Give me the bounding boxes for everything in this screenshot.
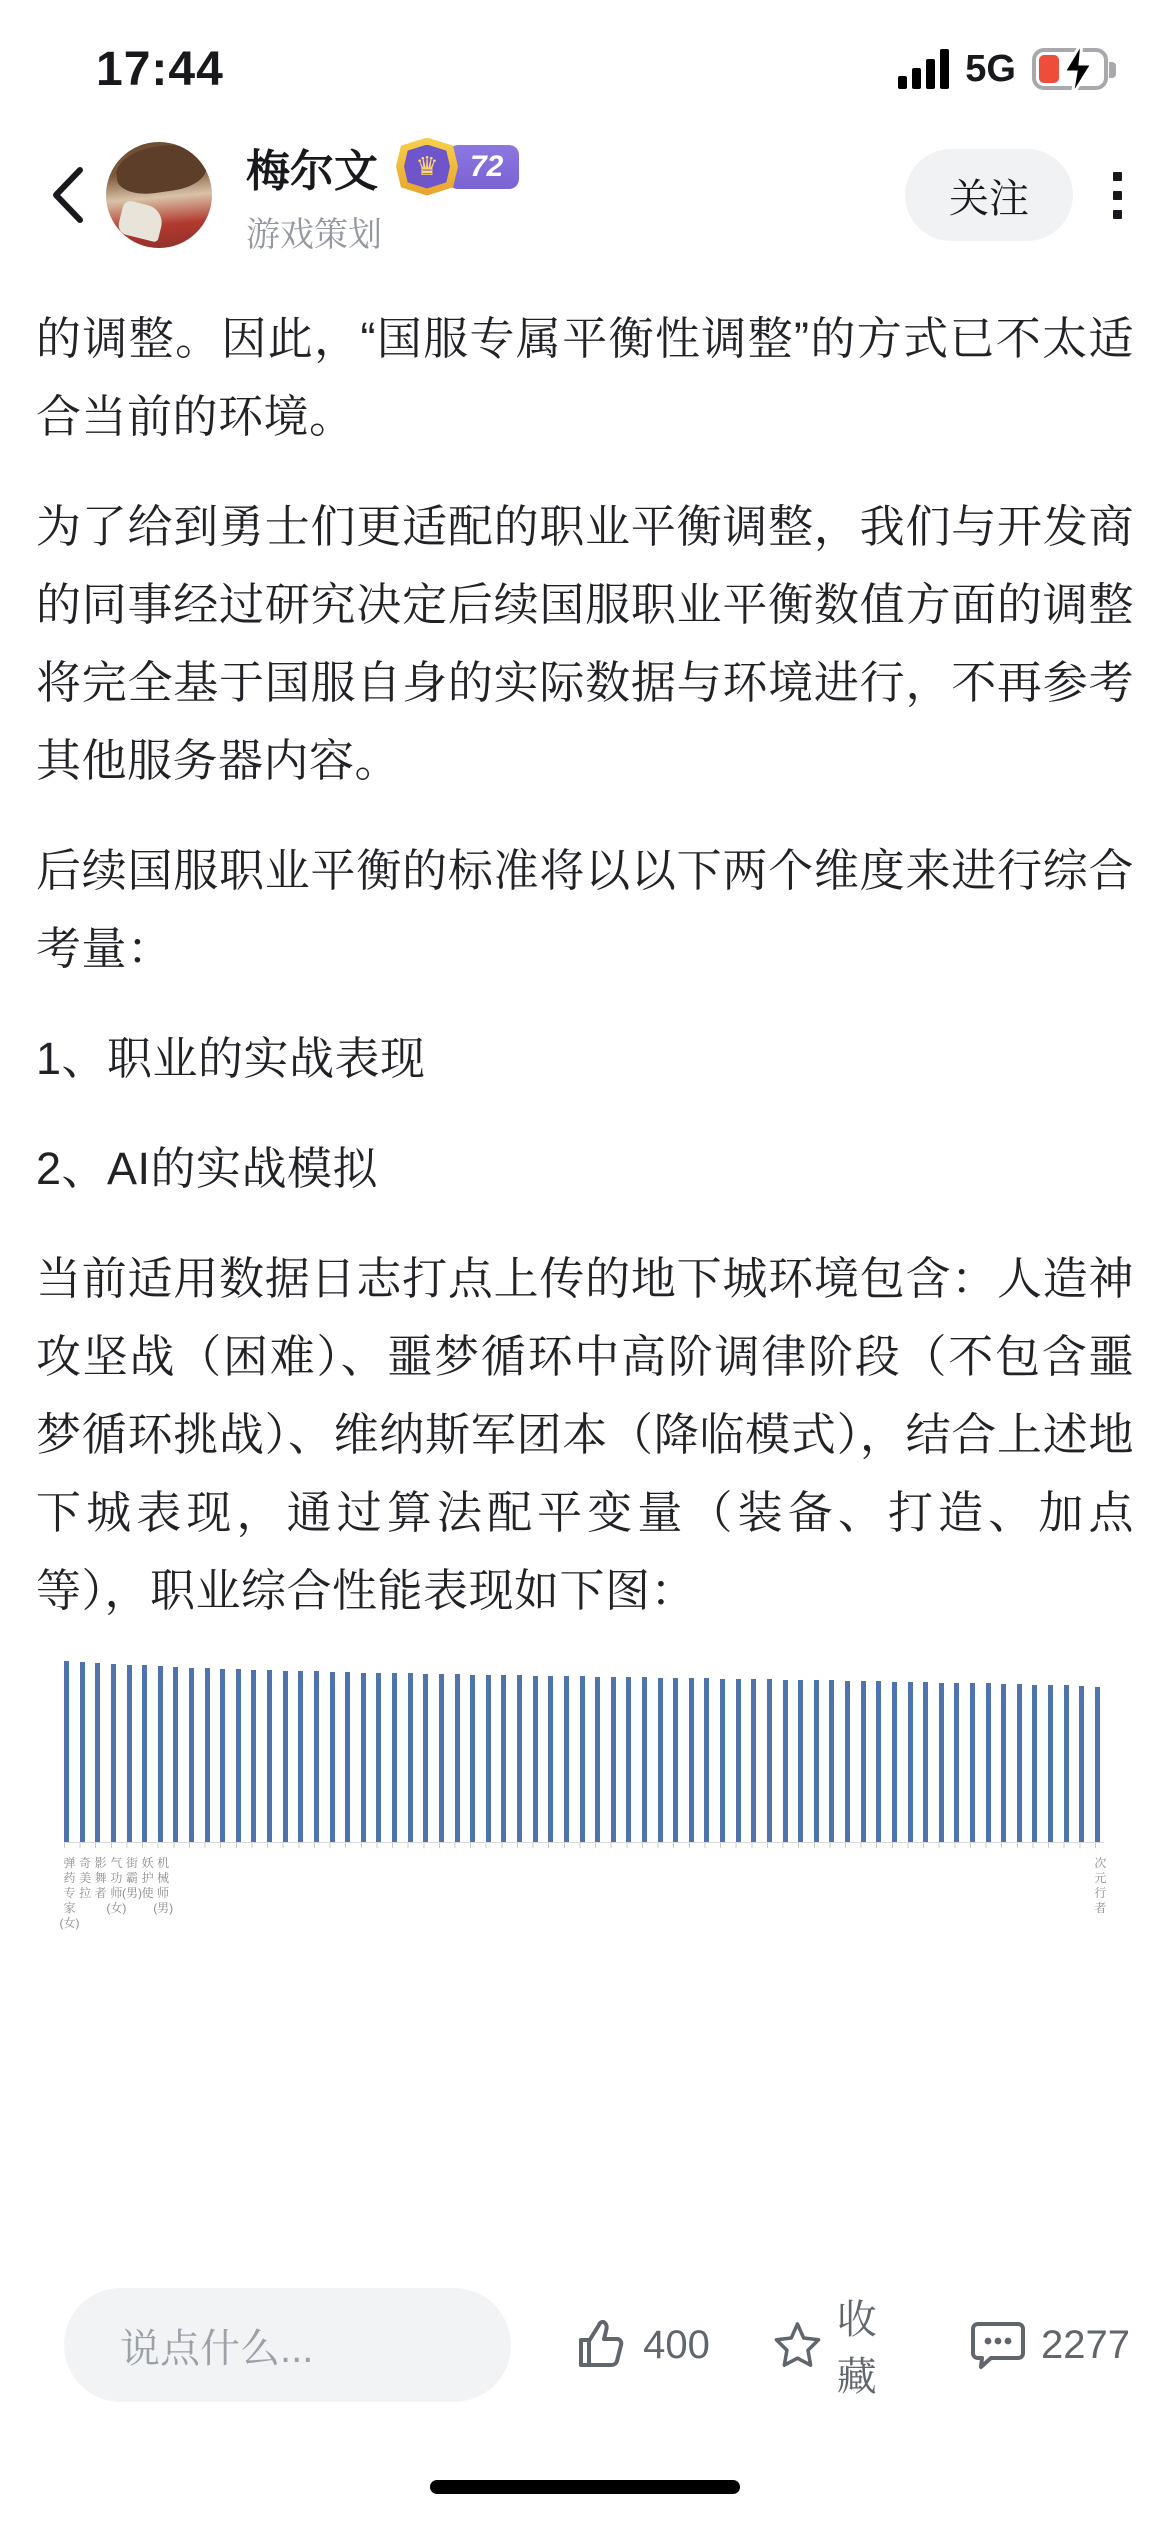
chart-bar <box>361 1673 366 1842</box>
chart-bar <box>283 1671 288 1842</box>
chart-bar <box>1032 1685 1037 1842</box>
post-paragraph: 2、AI的实战模拟 <box>36 1130 1134 1208</box>
x-axis-labels: 弹 药 专 家 (女)奇 美 拉影 舞 者气 功 师 (女)街 霸 (男)妖 护… <box>64 1856 1104 2006</box>
chart-bar <box>626 1677 631 1842</box>
comment-input[interactable]: 说点什么... <box>64 2288 511 2402</box>
chevron-left-icon <box>48 164 88 226</box>
chart-bar <box>611 1677 616 1842</box>
chart-bar <box>736 1679 741 1842</box>
chart-bar <box>330 1672 335 1842</box>
battery-charging-icon <box>1032 46 1122 92</box>
comment-button[interactable]: 2277 <box>969 2316 1130 2374</box>
post-paragraphs: 的调整。因此，“国服专属平衡性调整”的方式已不太适合当前的环境。为了给到勇士们更… <box>36 300 1134 1630</box>
chart-bar <box>439 1674 444 1842</box>
chart-bar <box>127 1665 132 1842</box>
post-paragraph: 为了给到勇士们更适配的职业平衡调整，我们与开发商的同事经过研究决定后续国服职业平… <box>36 488 1134 800</box>
more-options-button[interactable] <box>1107 166 1128 225</box>
chart-bar <box>1001 1684 1006 1842</box>
like-button[interactable]: 400 <box>573 2317 710 2373</box>
follow-button[interactable]: 关注 <box>905 149 1073 241</box>
chart-bar <box>376 1673 381 1842</box>
chart-bar <box>845 1681 850 1842</box>
chart-bar <box>80 1662 85 1842</box>
username[interactable]: 梅尔文 <box>246 135 378 199</box>
bottom-action-bar: 说点什么... 400 收藏 2277 <box>0 2270 1170 2420</box>
post-paragraph: 的调整。因此，“国服专属平衡性调整”的方式已不太适合当前的环境。 <box>36 300 1134 456</box>
chart-bar <box>220 1669 225 1842</box>
chart-bar <box>64 1661 69 1842</box>
speech-bubble-icon <box>969 2316 1027 2374</box>
chart-bar <box>455 1674 460 1842</box>
user-subtitle: 游戏策划 <box>246 207 519 256</box>
class-performance-chart: 弹 药 专 家 (女)奇 美 拉影 舞 者气 功 师 (女)街 霸 (男)妖 护… <box>36 1662 1134 2006</box>
post-paragraph: 1、职业的实战表现 <box>36 1020 1134 1098</box>
chart-bar <box>658 1678 663 1842</box>
chart-bar <box>1095 1687 1100 1842</box>
chart-bar <box>876 1681 881 1842</box>
signal-strength-icon <box>898 49 949 89</box>
network-type-label: 5G <box>965 48 1016 91</box>
chart-bar <box>1064 1685 1069 1842</box>
chart-bar <box>923 1682 928 1842</box>
chart-bar <box>892 1682 897 1842</box>
chart-bar <box>939 1683 944 1842</box>
chart-bar <box>345 1672 350 1842</box>
chart-bar <box>142 1665 147 1842</box>
chart-bar <box>205 1668 210 1842</box>
chart-bar <box>689 1678 694 1842</box>
chart-bar <box>908 1682 913 1842</box>
post-header: 梅尔文 ♛ 72 游戏策划 关注 <box>0 102 1170 288</box>
chart-bar <box>501 1675 506 1842</box>
chart-bar <box>470 1675 475 1842</box>
chart-bar <box>298 1671 303 1842</box>
chart-bar <box>236 1669 241 1842</box>
chart-category-label: 机 械 师 (男) <box>150 1856 176 1916</box>
chart-bar <box>704 1678 709 1842</box>
chart-bar <box>564 1676 569 1842</box>
chart-bar <box>1079 1686 1084 1842</box>
chart-category-label: 次 元 行 者 <box>1087 1856 1113 1916</box>
chart-bar <box>580 1676 585 1842</box>
thumbs-up-icon <box>573 2317 629 2373</box>
chart-bar <box>783 1680 788 1842</box>
chart-bar <box>642 1677 647 1842</box>
chart-bar <box>673 1678 678 1842</box>
x-axis-ticks <box>64 1843 1104 1848</box>
chart-bar <box>158 1666 163 1842</box>
chart-bar <box>517 1675 522 1842</box>
chart-bar <box>392 1673 397 1842</box>
status-bar: 17:44 5G <box>0 0 1170 102</box>
star-icon <box>772 2316 823 2374</box>
chart-bar <box>861 1681 866 1842</box>
level-badge-number: 72 <box>448 145 519 189</box>
chart-bar <box>314 1671 319 1842</box>
post-content: 的调整。因此，“国服专属平衡性调整”的方式已不太适合当前的环境。为了给到勇士们更… <box>0 300 1170 2006</box>
chart-bar <box>954 1683 959 1842</box>
chart-bar <box>986 1683 991 1842</box>
chart-bar <box>798 1680 803 1842</box>
level-badge: ♛ 72 <box>396 138 519 196</box>
chart-bar <box>829 1680 834 1842</box>
chart-bar <box>251 1670 256 1842</box>
favorite-button[interactable]: 收藏 <box>772 2288 907 2402</box>
chart-bar <box>533 1676 538 1842</box>
chart-bar <box>173 1667 178 1842</box>
chart-bar <box>95 1663 100 1842</box>
chart-bar <box>751 1679 756 1842</box>
chart-bar <box>767 1679 772 1842</box>
bar-chart-bars <box>64 1662 1104 1843</box>
post-paragraph: 当前适用数据日志打点上传的地下城环境包含：人造神攻坚战（困难）、噩梦循环中高阶调… <box>36 1240 1134 1630</box>
chart-bar <box>1017 1684 1022 1842</box>
status-time: 17:44 <box>96 42 224 97</box>
chart-bar <box>111 1664 116 1842</box>
like-count: 400 <box>643 2323 710 2368</box>
chart-bar <box>970 1683 975 1842</box>
comment-count: 2277 <box>1041 2323 1130 2368</box>
chart-bar <box>408 1673 413 1842</box>
chart-bar <box>486 1675 491 1842</box>
home-indicator[interactable] <box>430 2480 740 2494</box>
crown-shield-icon: ♛ <box>396 138 458 196</box>
chart-bar <box>595 1677 600 1842</box>
chart-bar <box>548 1676 553 1842</box>
chart-bar <box>423 1674 428 1842</box>
back-button[interactable] <box>48 165 92 225</box>
post-paragraph: 后续国服职业平衡的标准将以以下两个维度来进行综合考量： <box>36 832 1134 988</box>
chart-bar <box>189 1668 194 1842</box>
favorite-label: 收藏 <box>837 2288 907 2402</box>
chart-bar <box>720 1679 725 1842</box>
chart-bar <box>814 1680 819 1842</box>
chart-bar <box>267 1670 272 1842</box>
chart-bar <box>1048 1685 1053 1842</box>
avatar[interactable] <box>106 142 212 248</box>
